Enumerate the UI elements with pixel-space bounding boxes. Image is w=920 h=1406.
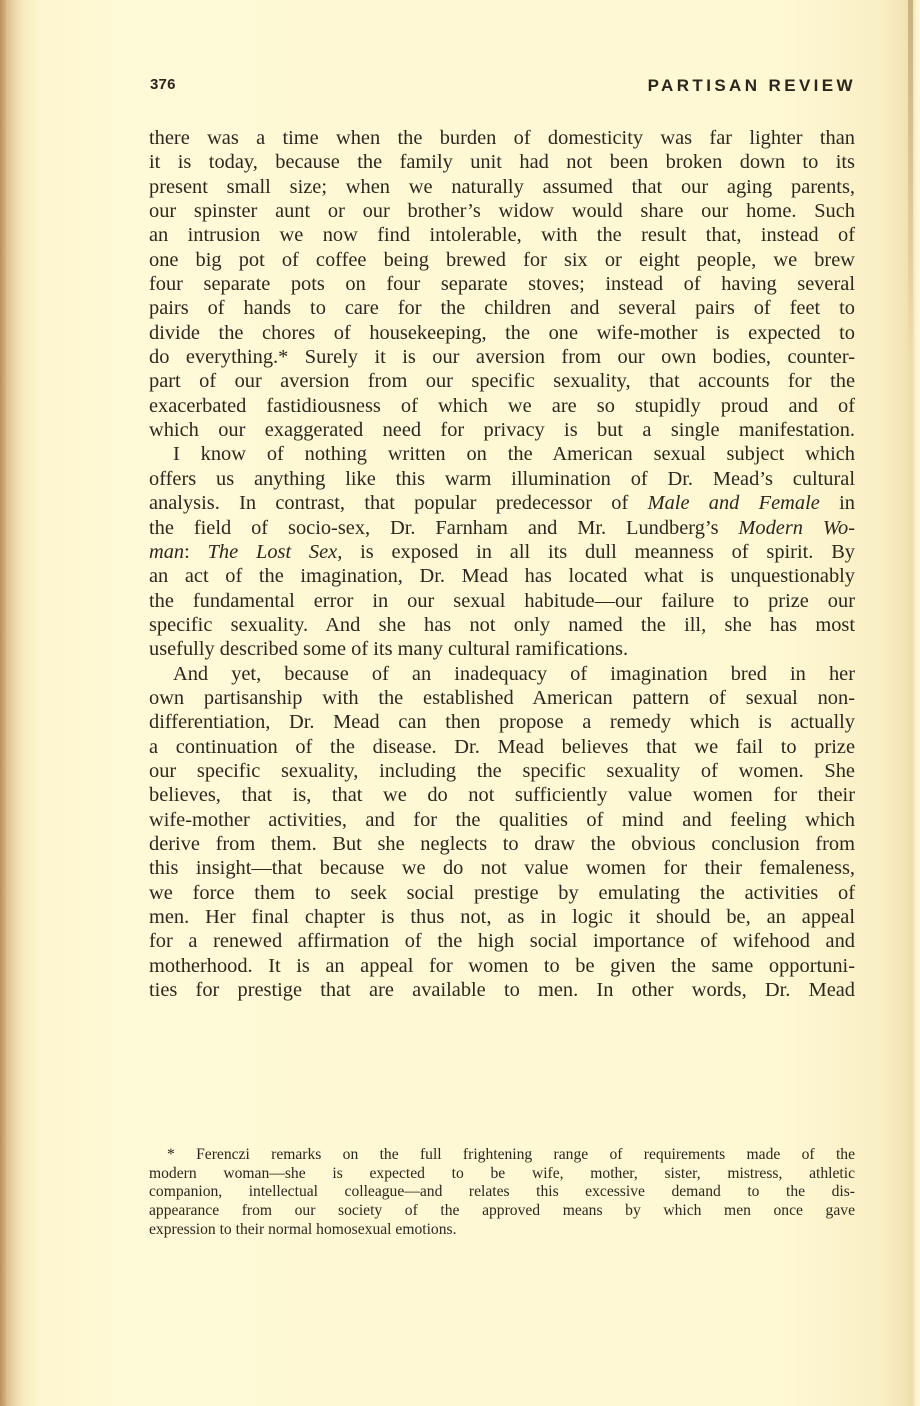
text-line: divide the chores of housekeeping, the o… (149, 321, 855, 345)
body-text: there was a time when the burden of dome… (149, 126, 855, 1002)
text-run: analysis. In contrast, that popular pred… (149, 492, 648, 514)
text-line: specific sexuality. And she has not only… (149, 613, 855, 637)
text-line: part of our aversion from our specific s… (149, 369, 855, 393)
text-line: this insight—that because we do not valu… (149, 856, 855, 880)
page-edge-shadow (908, 0, 913, 360)
journal-title: PARTISAN REVIEW (648, 76, 856, 96)
text-line: differentiation, Dr. Mead can then propo… (149, 710, 855, 734)
text-line: usefully described some of its many cult… (149, 637, 855, 661)
text-line: wife-mother activities, and for the qual… (149, 808, 855, 832)
text-line: men. Her final chapter is thus not, as i… (149, 905, 855, 929)
book-title-modern-woman-cont: man (149, 541, 184, 563)
running-header: 376 PARTISAN REVIEW (150, 76, 856, 100)
text-line: offers us anything like this warm illumi… (149, 467, 855, 491)
page-binding-edge (0, 0, 8, 1406)
book-subtitle-lost-sex: The Lost Sex, (208, 541, 343, 563)
text-line: it is today, because the family unit had… (149, 150, 855, 174)
text-line: an intrusion we now find intolerable, wi… (149, 223, 855, 247)
text-line: believes, that is, that we do not suffic… (149, 783, 855, 807)
text-line: motherhood. It is an appeal for women to… (149, 954, 855, 978)
footnote-line: * Ferenczi remarks on the full frighteni… (149, 1146, 855, 1165)
text-line: pairs of hands to care for the children … (149, 296, 855, 320)
footnote-line: companion, intellectual colleague—and re… (149, 1183, 855, 1202)
text-line: the fundamental error in our sexual habi… (149, 589, 855, 613)
text-line: an act of the imagination, Dr. Mead has … (149, 564, 855, 588)
text-line: our spinster aunt or our brother’s widow… (149, 199, 855, 223)
text-line: for a renewed affirmation of the high so… (149, 929, 855, 953)
footnote-line: appearance from our society of the appro… (149, 1202, 855, 1221)
text-line: present small size; when we naturally as… (149, 175, 855, 199)
book-page: 376 PARTISAN REVIEW there was a time whe… (0, 0, 920, 1406)
footnote: * Ferenczi remarks on the full frighteni… (149, 1146, 855, 1239)
book-title-modern-woman: Modern Wo- (738, 517, 855, 539)
text-line: And yet, because of an inadequacy of ima… (149, 662, 855, 686)
text-run: the field of socio-sex, Dr. Farnham and … (149, 517, 738, 539)
text-line: ties for prestige that are available to … (149, 978, 855, 1002)
text-run: : (184, 541, 207, 563)
book-title-male-and-female: Male and Female (648, 492, 820, 514)
text-line: a continuation of the disease. Dr. Mead … (149, 735, 855, 759)
text-line: man: The Lost Sex, is exposed in all its… (149, 540, 855, 564)
text-line: the field of socio-sex, Dr. Farnham and … (149, 516, 855, 540)
page-number: 376 (150, 76, 176, 93)
text-line: four separate pots on four separate stov… (149, 272, 855, 296)
text-line: I know of nothing written on the America… (149, 442, 855, 466)
text-line: derive from them. But she neglects to dr… (149, 832, 855, 856)
text-line: do everything.* Surely it is our aversio… (149, 345, 855, 369)
text-line: exacerbated fastidiousness of which we a… (149, 394, 855, 418)
text-run: in (820, 492, 855, 514)
text-line: we force them to seek social prestige by… (149, 881, 855, 905)
text-line: our specific sexuality, including the sp… (149, 759, 855, 783)
text-run: is exposed in all its dull meanness of s… (342, 541, 855, 563)
footnote-line: expression to their normal homosexual em… (149, 1221, 855, 1240)
text-line: own partisanship with the established Am… (149, 686, 855, 710)
text-line: analysis. In contrast, that popular pred… (149, 491, 855, 515)
text-line: which our exaggerated need for privacy i… (149, 418, 855, 442)
text-line: one big pot of coffee being brewed for s… (149, 248, 855, 272)
footnote-line: modern woman—she is expected to be wife,… (149, 1165, 855, 1184)
text-line: there was a time when the burden of dome… (149, 126, 855, 150)
